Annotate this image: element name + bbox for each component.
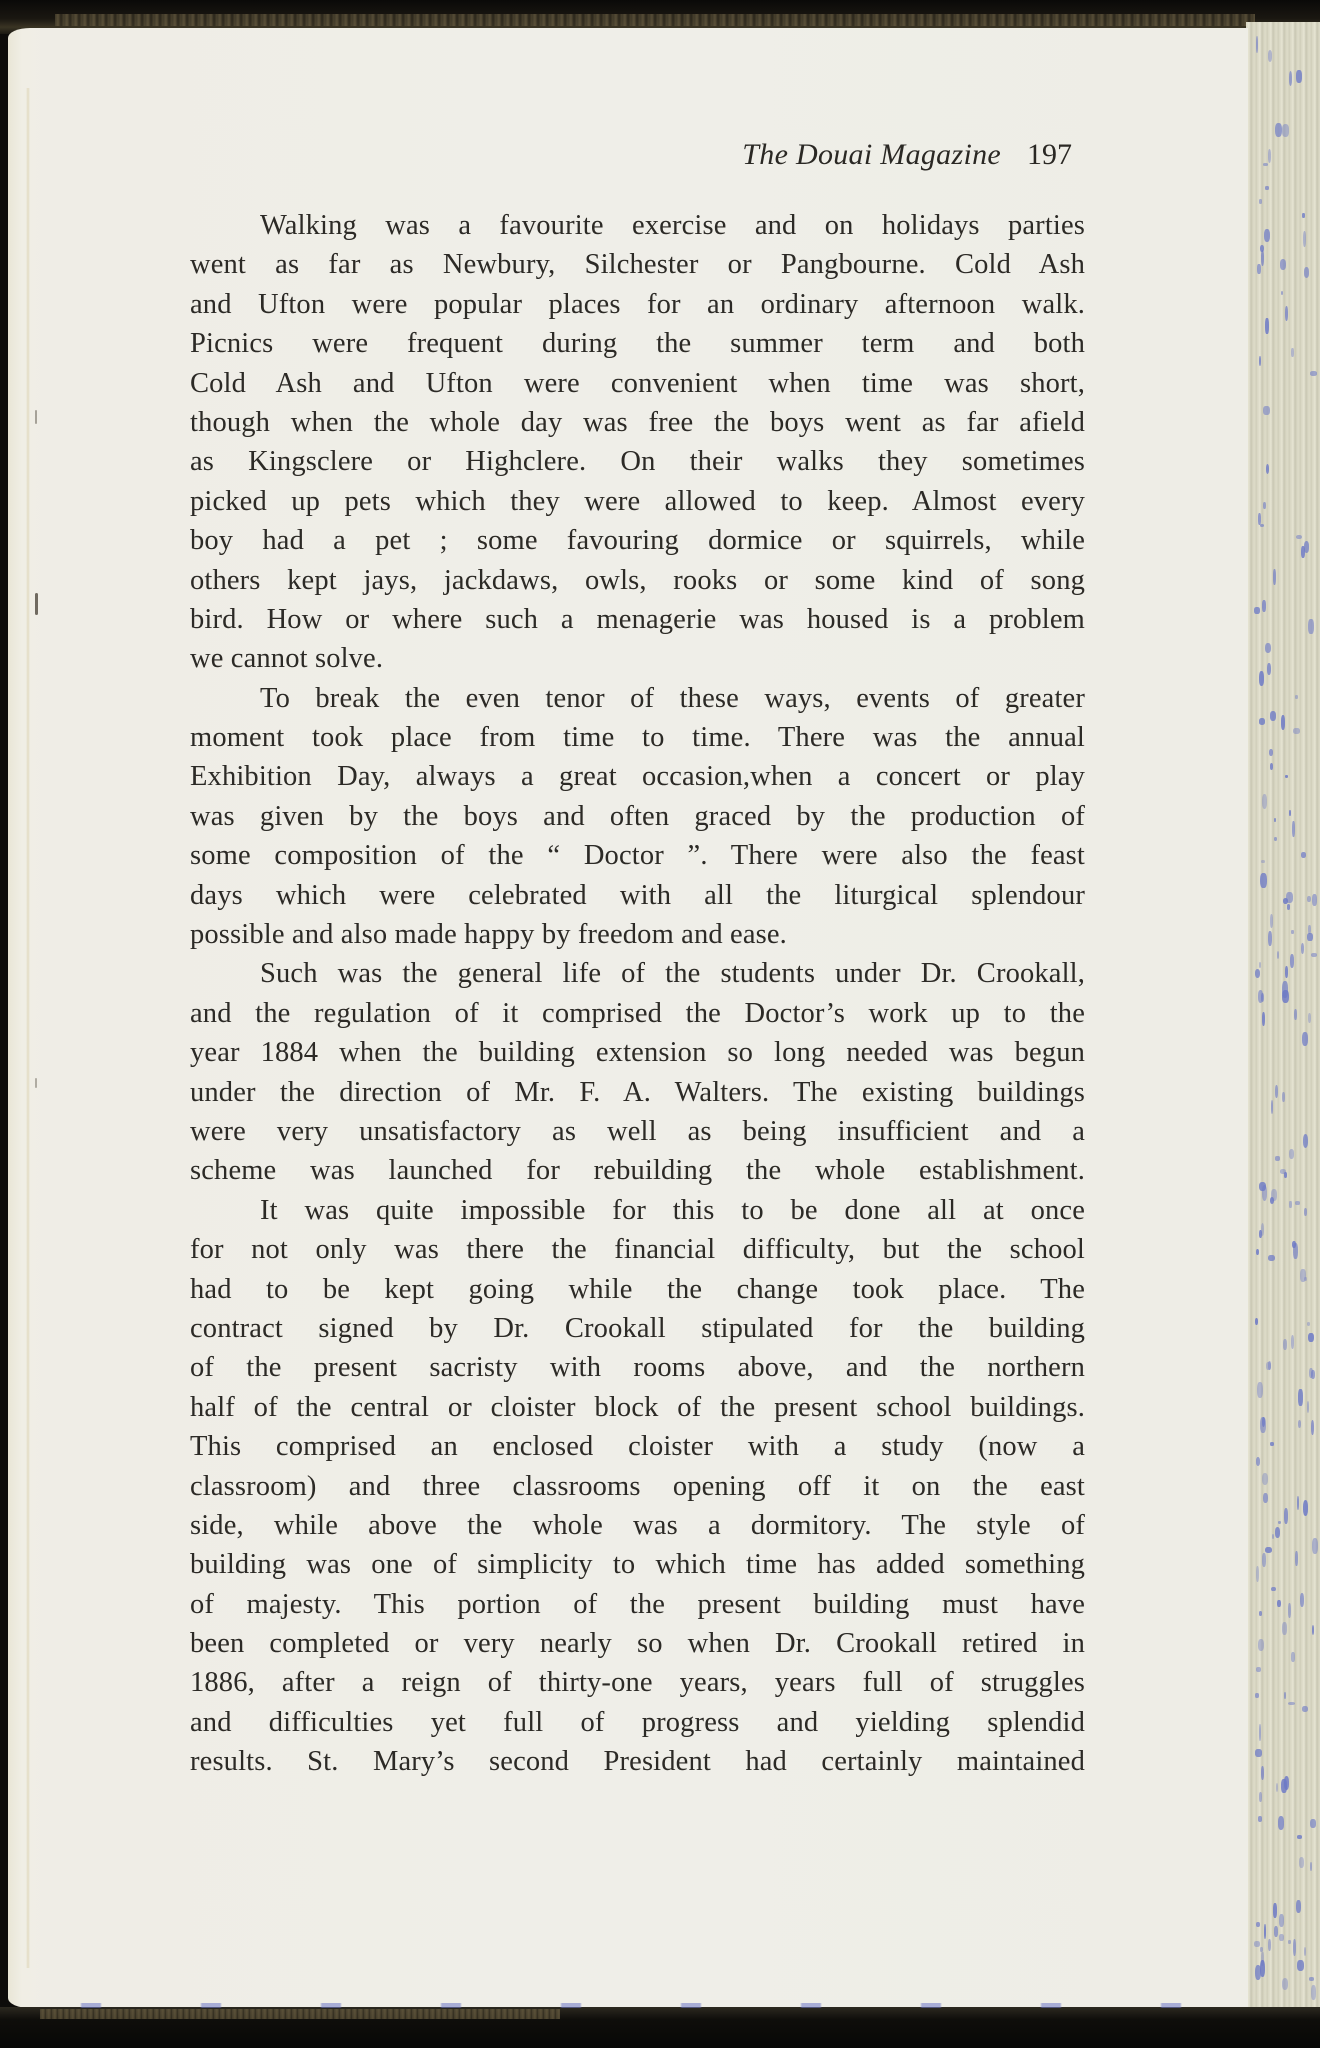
edge-speckle bbox=[1291, 348, 1293, 357]
edge-speckle bbox=[1268, 1361, 1271, 1369]
edge-speckle bbox=[1277, 951, 1280, 959]
edge-speckle bbox=[1310, 371, 1317, 376]
edge-speckle bbox=[1267, 663, 1271, 676]
edge-speckle bbox=[1275, 123, 1282, 137]
edge-speckle bbox=[1265, 643, 1271, 653]
edge-speckle bbox=[1300, 1269, 1305, 1282]
text-line: was given by the boys and often graced b… bbox=[190, 797, 1085, 836]
edge-speckle bbox=[1260, 1417, 1266, 1433]
edge-speckle bbox=[1311, 1420, 1315, 1435]
text-line: Picnics were frequent during the summer … bbox=[190, 324, 1085, 363]
edge-speckle bbox=[1299, 1857, 1304, 1868]
text-line: moment took place from time to time. The… bbox=[190, 718, 1085, 757]
cover-gilt-edge bbox=[40, 2009, 560, 2019]
edge-speckle bbox=[1255, 1318, 1258, 1325]
edge-speckle bbox=[1289, 1201, 1291, 1208]
edge-speckle bbox=[1259, 1611, 1262, 1616]
paragraph: To break the even tenor of these ways, e… bbox=[190, 679, 1085, 955]
edge-speckle bbox=[1295, 1551, 1298, 1566]
edge-speckle bbox=[1302, 1032, 1308, 1046]
edge-speckle bbox=[1275, 1156, 1280, 1160]
edge-speckle bbox=[1255, 1965, 1261, 1981]
edge-speckle bbox=[1291, 930, 1293, 934]
edge-speckle bbox=[1274, 837, 1277, 842]
text-line: scheme was launched for rebuilding the w… bbox=[190, 1151, 1085, 1190]
edge-speckle bbox=[1309, 1368, 1313, 1378]
paragraph: Such was the general life of the student… bbox=[190, 954, 1085, 1190]
text-line: days which were celebrated with all the … bbox=[190, 876, 1085, 915]
text-line: went as far as Newbury, Silchester or Pa… bbox=[190, 245, 1085, 284]
edge-speckle bbox=[1284, 1508, 1288, 1523]
edge-speckle bbox=[1291, 1652, 1294, 1661]
edge-speckle bbox=[1289, 71, 1293, 86]
edge-speckle bbox=[1279, 1934, 1284, 1940]
edge-speckle bbox=[1296, 535, 1302, 540]
text-line: had to be kept going while the change to… bbox=[190, 1270, 1085, 1309]
text-line: classroom) and three classrooms opening … bbox=[190, 1467, 1085, 1506]
text-line: boy had a pet ; some favouring dormice o… bbox=[190, 521, 1085, 560]
edge-speckle bbox=[1303, 231, 1306, 247]
edge-speckle bbox=[1262, 600, 1265, 612]
edge-speckle bbox=[1293, 728, 1299, 734]
edge-speckle bbox=[1283, 1339, 1287, 1350]
edge-speckle bbox=[1282, 1978, 1289, 1990]
bottom-edge-speckles bbox=[40, 2003, 1240, 2008]
edge-speckle bbox=[1257, 264, 1260, 274]
edge-speckle bbox=[1271, 1100, 1273, 1114]
edge-speckle bbox=[1254, 1941, 1260, 1947]
edge-speckle bbox=[1309, 1977, 1314, 1980]
edge-speckle bbox=[1255, 969, 1261, 978]
edge-speckle bbox=[1311, 1985, 1316, 2000]
edge-speckle bbox=[1291, 1335, 1294, 1349]
text-line: and the regulation of it comprised the D… bbox=[190, 994, 1085, 1033]
text-line: half of the central or cloister block of… bbox=[190, 1388, 1085, 1427]
edge-speckle bbox=[1282, 1622, 1287, 1634]
text-line: and Ufton were popular places for an ord… bbox=[190, 285, 1085, 324]
text-line: side, while above the whole was a dormit… bbox=[190, 1506, 1085, 1545]
edge-speckle bbox=[1265, 1547, 1272, 1553]
edge-speckle bbox=[1308, 1013, 1311, 1023]
publication-title: The Douai Magazine bbox=[742, 138, 1001, 172]
edge-speckle bbox=[1281, 291, 1283, 295]
page-number: 197 bbox=[1027, 138, 1072, 172]
edge-speckle bbox=[1290, 954, 1294, 968]
edge-speckle bbox=[1303, 1134, 1309, 1149]
edge-speckle bbox=[1270, 763, 1273, 770]
edge-speckle bbox=[1266, 464, 1270, 474]
edge-speckle bbox=[1281, 715, 1285, 729]
edge-speckle bbox=[1261, 250, 1264, 267]
edge-speckle bbox=[1263, 1493, 1268, 1504]
edge-speckle bbox=[1254, 607, 1259, 614]
edge-speckle bbox=[1264, 229, 1270, 243]
edge-speckle bbox=[1268, 50, 1273, 62]
edge-speckle bbox=[1259, 1724, 1261, 1741]
paragraph: Walking was a favourite exercise and on … bbox=[190, 206, 1085, 679]
edge-speckle bbox=[1280, 259, 1287, 270]
text-line: been completed or very nearly so when Dr… bbox=[190, 1624, 1085, 1663]
page-fore-edge bbox=[1246, 22, 1320, 2012]
edge-speckle bbox=[1268, 1255, 1275, 1261]
text-line: of majesty. This portion of the present … bbox=[190, 1585, 1085, 1624]
edge-speckle bbox=[1256, 1566, 1259, 1582]
text-line: others kept jays, jackdaws, owls, rooks … bbox=[190, 561, 1085, 600]
edge-speckle bbox=[1261, 1223, 1265, 1236]
edge-speckle bbox=[1293, 1939, 1296, 1956]
edge-speckle bbox=[1261, 1766, 1264, 1780]
edge-speckle bbox=[1302, 213, 1305, 218]
text-line: building was one of simplicity to which … bbox=[190, 1545, 1085, 1584]
scanned-book-page: The Douai Magazine 197 Walking was a fav… bbox=[0, 0, 1320, 2048]
edge-speckle bbox=[1278, 1816, 1284, 1829]
edge-speckle bbox=[1256, 1457, 1260, 1466]
edge-speckle bbox=[1262, 794, 1268, 809]
edge-speckle bbox=[1260, 873, 1267, 888]
edge-speckle bbox=[1258, 990, 1263, 1003]
edge-speckle bbox=[1270, 711, 1276, 721]
edge-speckle bbox=[1297, 1960, 1304, 1971]
edge-speckle bbox=[1262, 1185, 1268, 1201]
edge-speckle bbox=[1279, 1914, 1284, 1926]
edge-speckle bbox=[1256, 1249, 1259, 1256]
edge-speckle bbox=[1304, 541, 1309, 553]
edge-speckle bbox=[1294, 1009, 1297, 1020]
edge-speckle bbox=[1287, 904, 1291, 909]
edge-speckle bbox=[1293, 1243, 1298, 1259]
edge-speckle bbox=[1298, 1420, 1302, 1428]
edge-speckle bbox=[1258, 1816, 1262, 1821]
gutter-fold bbox=[26, 88, 30, 1968]
edge-speckle bbox=[1269, 749, 1273, 756]
edge-speckle bbox=[1285, 966, 1288, 978]
edge-speckle bbox=[1282, 981, 1288, 998]
edge-speckle bbox=[1283, 898, 1289, 905]
text-line: Walking was a favourite exercise and on … bbox=[190, 206, 1085, 245]
edge-speckle bbox=[1264, 1924, 1266, 1939]
paragraph: It was quite impossible for this to be d… bbox=[190, 1191, 1085, 1782]
edge-speckle bbox=[1275, 1527, 1281, 1538]
edge-speckle bbox=[1308, 1333, 1313, 1342]
edge-speckle bbox=[1312, 1625, 1315, 1635]
edge-speckle bbox=[1285, 306, 1288, 321]
edge-speckle bbox=[1307, 933, 1312, 941]
edge-speckle bbox=[1304, 267, 1310, 277]
gutter-blemish bbox=[35, 593, 38, 615]
text-line: possible and also made happy by freedom … bbox=[190, 915, 1085, 954]
edge-speckle bbox=[1275, 1085, 1278, 1098]
edge-speckle bbox=[1258, 513, 1261, 525]
edge-speckle bbox=[1263, 502, 1266, 509]
edge-speckle bbox=[1310, 1862, 1312, 1871]
edge-speckle bbox=[1288, 1702, 1295, 1705]
edge-speckle bbox=[1255, 1693, 1259, 1698]
edge-speckle bbox=[1276, 1783, 1278, 1792]
text-line: picked up pets which they were allowed t… bbox=[190, 482, 1085, 521]
edge-speckle bbox=[1256, 36, 1258, 53]
edge-speckle bbox=[1289, 1149, 1294, 1159]
text-line: bird. How or where such a menagerie was … bbox=[190, 600, 1085, 639]
edge-speckle bbox=[1256, 1922, 1260, 1928]
edge-speckle bbox=[1282, 124, 1289, 136]
edge-speckle bbox=[1268, 931, 1272, 946]
text-line: for not only was there the financial dif… bbox=[190, 1230, 1085, 1269]
edge-speckle bbox=[1274, 818, 1276, 822]
edge-speckle bbox=[1278, 1521, 1281, 1524]
edge-speckle bbox=[1255, 1749, 1261, 1756]
gutter-blemish bbox=[35, 410, 37, 424]
text-line: under the direction of Mr. F. A. Walters… bbox=[190, 1073, 1085, 1112]
running-header: The Douai Magazine 197 bbox=[700, 138, 1072, 182]
edge-speckle bbox=[1297, 1835, 1302, 1839]
edge-speckle bbox=[1273, 569, 1276, 585]
edge-speckle bbox=[1307, 896, 1311, 902]
edge-speckle bbox=[1261, 1952, 1263, 1966]
edge-speckle bbox=[1285, 775, 1288, 778]
text-line: It was quite impossible for this to be d… bbox=[190, 1191, 1085, 1230]
edge-speckle bbox=[1288, 1940, 1291, 1944]
edge-speckle bbox=[1282, 1092, 1285, 1102]
edge-speckle bbox=[1308, 619, 1313, 634]
edge-speckle bbox=[1257, 1382, 1263, 1399]
edge-speckle bbox=[1259, 962, 1262, 968]
edge-speckle bbox=[1300, 1593, 1304, 1607]
edge-speckle bbox=[1268, 149, 1271, 163]
edge-speckle bbox=[1265, 186, 1269, 189]
edge-speckle bbox=[1273, 1903, 1277, 1918]
gutter-blemish bbox=[35, 1078, 37, 1088]
text-line: some composition of the “ Doctor ”. Ther… bbox=[190, 836, 1085, 875]
text-line: contract signed by Dr. Crookall stipulat… bbox=[190, 1309, 1085, 1348]
edge-speckle bbox=[1289, 810, 1291, 816]
book-cover-bottom bbox=[0, 2007, 1320, 2048]
text-line: 1886, after a reign of thirty-one years,… bbox=[190, 1663, 1085, 1702]
edge-speckle bbox=[1277, 1600, 1280, 1607]
edge-speckle bbox=[1271, 1587, 1276, 1592]
cover-gilt-edge bbox=[55, 14, 1255, 26]
edge-speckle bbox=[1307, 1401, 1309, 1413]
edge-speckle bbox=[1265, 318, 1268, 334]
edge-speckle bbox=[1263, 406, 1269, 415]
text-line: we cannot solve. bbox=[190, 639, 1085, 678]
edge-speckle bbox=[1262, 1473, 1268, 1485]
text-line: Cold Ash and Ufton were convenient when … bbox=[190, 364, 1085, 403]
edge-speckle bbox=[1284, 1692, 1286, 1699]
edge-speckle bbox=[1311, 953, 1317, 957]
edge-speckle bbox=[1259, 671, 1264, 686]
edge-speckle bbox=[1310, 1819, 1316, 1828]
edge-speckle bbox=[1258, 1639, 1264, 1651]
text-line: though when the whole day was free the b… bbox=[190, 403, 1085, 442]
edge-speckle bbox=[1281, 1779, 1286, 1793]
text-line: year 1884 when the building extension so… bbox=[190, 1033, 1085, 1072]
edge-speckle bbox=[1303, 1500, 1309, 1516]
edge-speckle bbox=[1259, 1792, 1262, 1802]
edge-speckle bbox=[1270, 1197, 1275, 1204]
text-line: as Kingsclere or Highclere. On their wal… bbox=[190, 442, 1085, 481]
edge-speckle bbox=[1259, 718, 1266, 724]
edge-speckle bbox=[1284, 1172, 1287, 1178]
edge-speckle bbox=[1270, 914, 1273, 927]
edge-speckle bbox=[1270, 1442, 1274, 1446]
text-line: This comprised an enclosed cloister with… bbox=[190, 1427, 1085, 1466]
text-line: Exhibition Day, always a great occasion,… bbox=[190, 757, 1085, 796]
edge-speckle bbox=[1261, 860, 1265, 863]
edge-speckle bbox=[1296, 1900, 1301, 1913]
edge-speckle bbox=[1256, 1667, 1261, 1672]
edge-speckle bbox=[1304, 1947, 1306, 1956]
edge-speckle bbox=[1292, 821, 1295, 837]
edge-speckle bbox=[1295, 1201, 1301, 1204]
edge-speckle bbox=[1312, 1538, 1318, 1554]
edge-speckle bbox=[1262, 1012, 1265, 1026]
edge-speckle bbox=[1302, 1706, 1308, 1712]
edge-speckle bbox=[1288, 1603, 1291, 1618]
text-line: were very unsatisfactory as well as bein… bbox=[190, 1112, 1085, 1151]
edge-speckle bbox=[1263, 163, 1268, 166]
text-line: Such was the general life of the student… bbox=[190, 954, 1085, 993]
edge-speckle bbox=[1295, 695, 1298, 699]
edge-speckle bbox=[1296, 70, 1301, 82]
edge-speckle bbox=[1301, 852, 1306, 858]
article-body: Walking was a favourite exercise and on … bbox=[190, 206, 1085, 1782]
edge-speckle bbox=[1312, 894, 1317, 906]
edge-speckle bbox=[1298, 1389, 1302, 1405]
edge-speckle bbox=[1304, 1208, 1307, 1216]
edge-speckle bbox=[1259, 199, 1262, 204]
edge-speckle bbox=[1301, 943, 1304, 955]
text-line: of the present sacristy with rooms above… bbox=[190, 1348, 1085, 1387]
edge-speckle bbox=[1297, 1496, 1299, 1510]
text-line: and difficulties yet full of progress an… bbox=[190, 1703, 1085, 1742]
edge-speckle bbox=[1274, 1926, 1278, 1937]
text-line: results. St. Mary’s second President had… bbox=[190, 1742, 1085, 1781]
edge-speckle bbox=[1268, 1939, 1271, 1951]
text-line: To break the even tenor of these ways, e… bbox=[190, 679, 1085, 718]
edge-speckle bbox=[1262, 1553, 1266, 1567]
edge-speckle bbox=[1272, 1534, 1275, 1539]
edge-speckle bbox=[1259, 356, 1261, 367]
edge-speckle bbox=[1307, 1322, 1311, 1326]
